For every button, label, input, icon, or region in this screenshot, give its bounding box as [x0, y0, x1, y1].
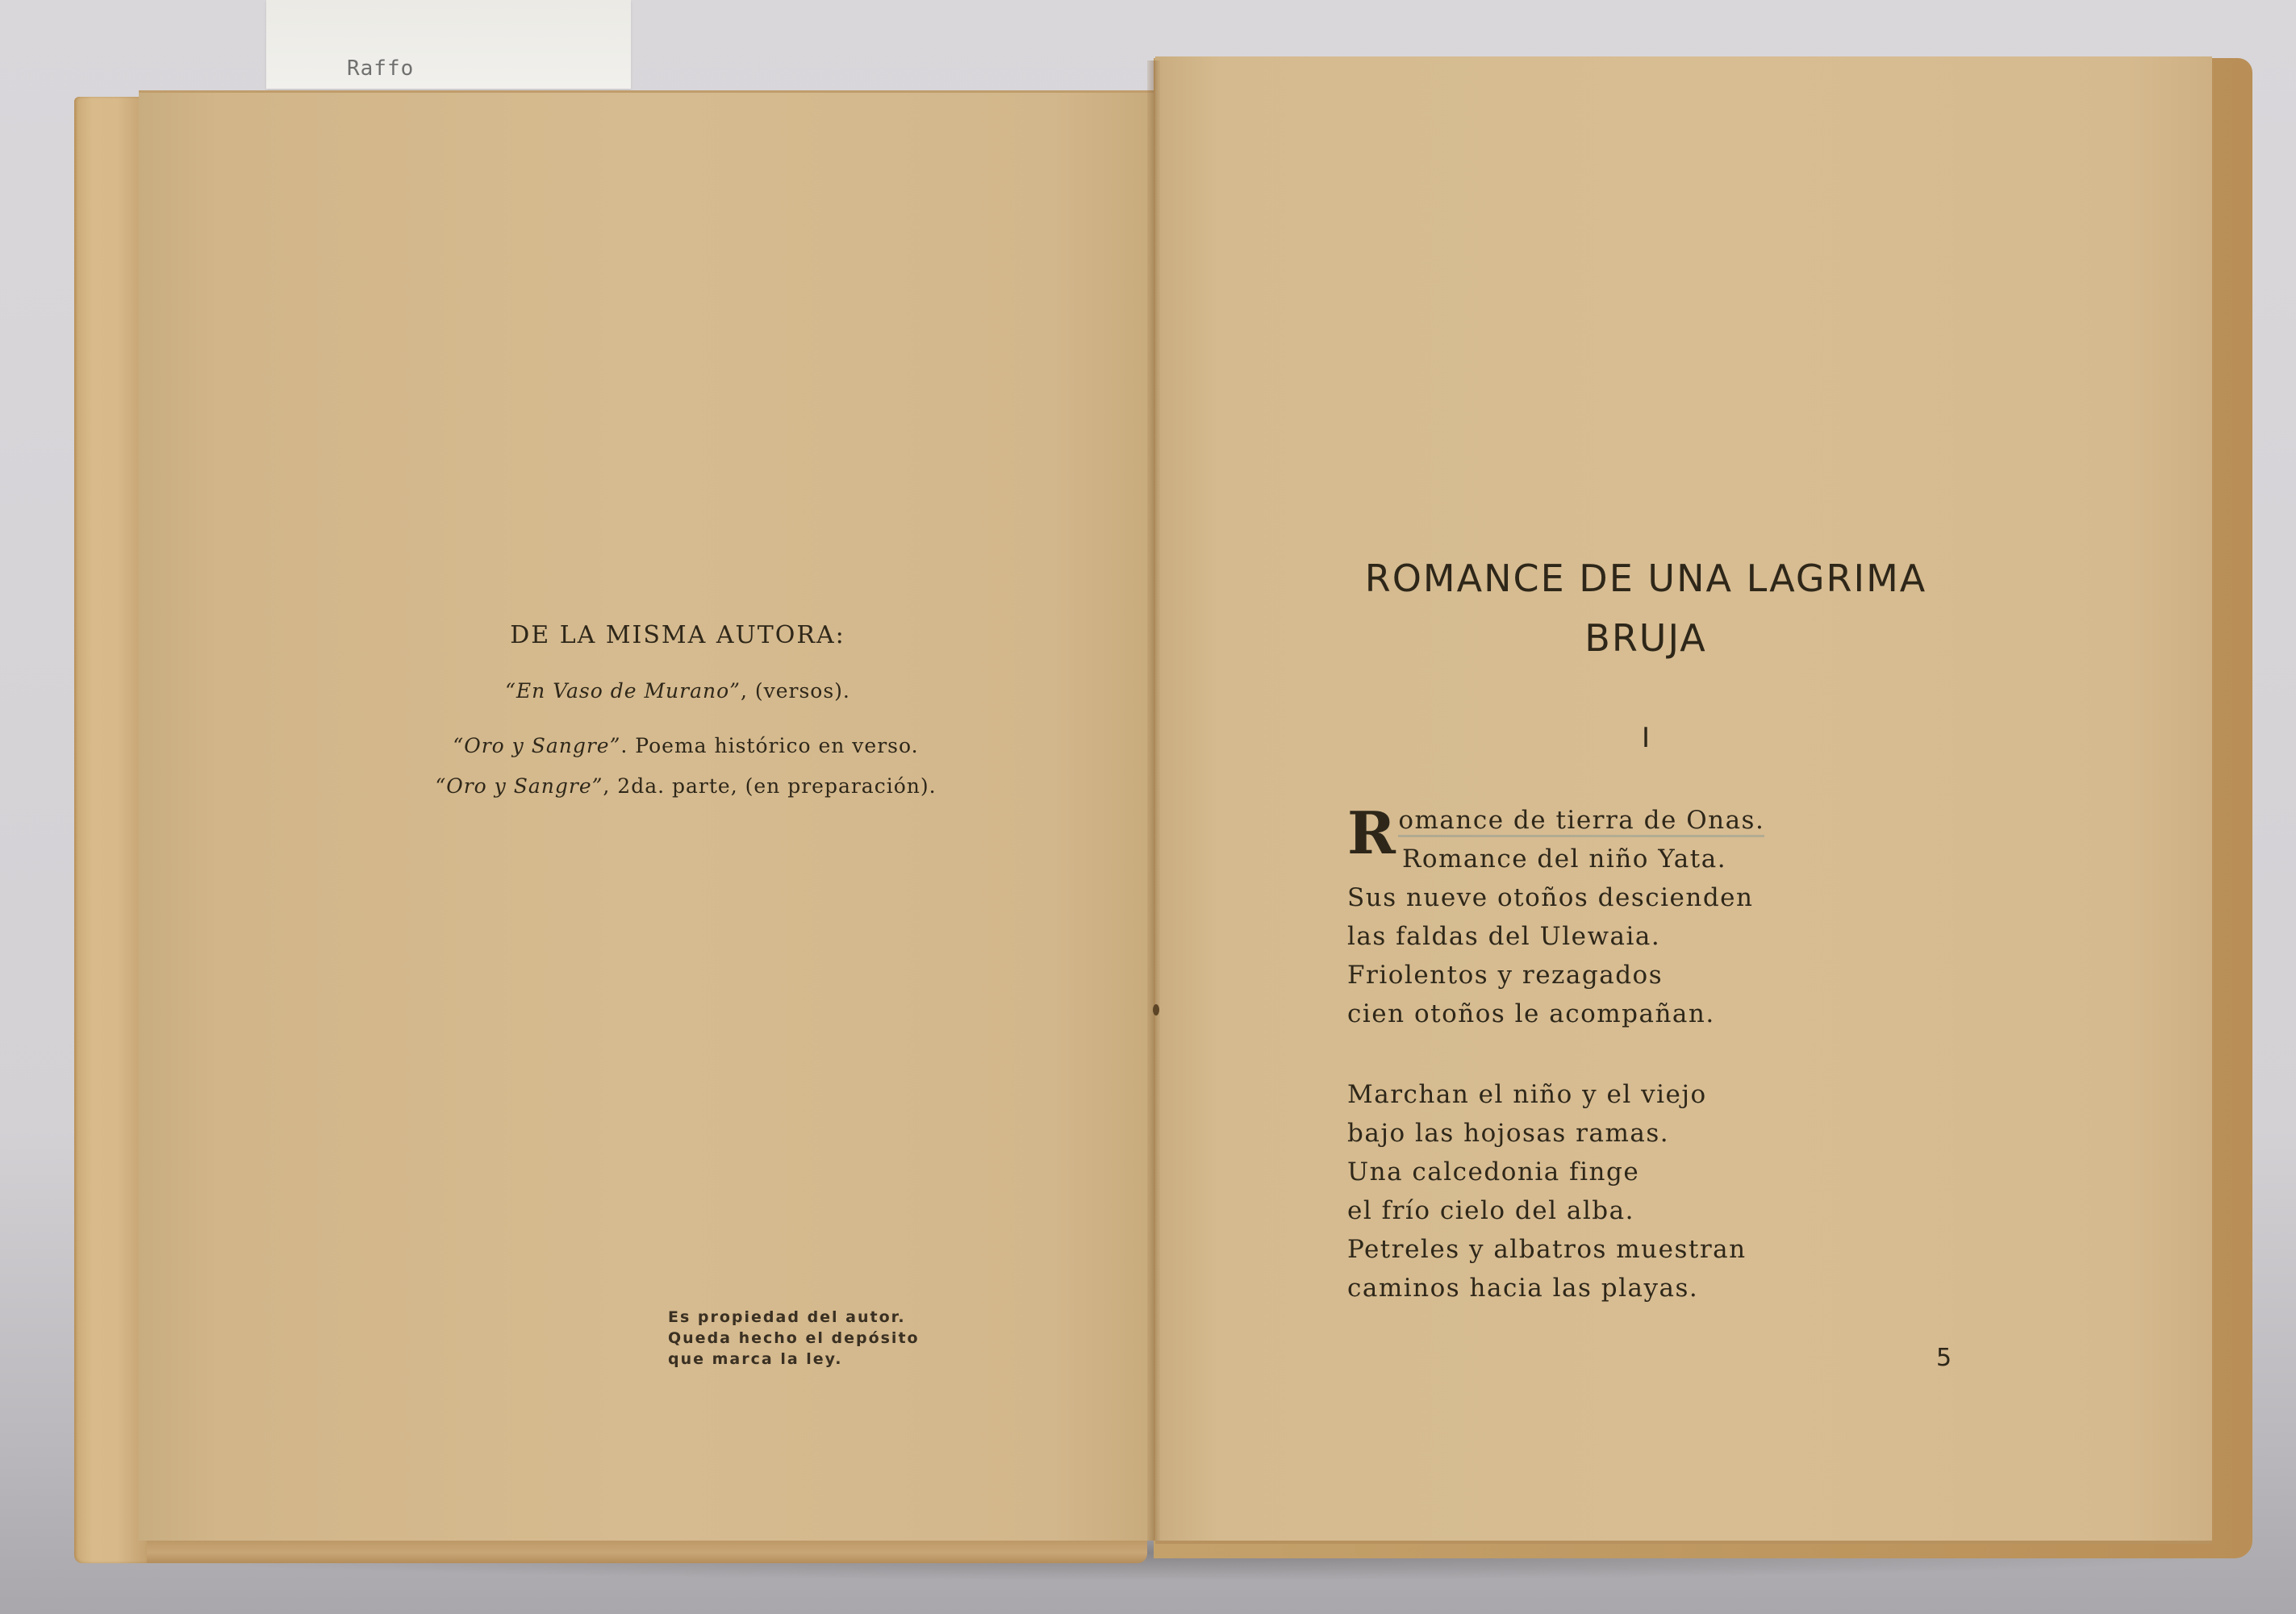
poem-title: ROMANCE DE UNA LAGRIMA BRUJA: [1307, 548, 1985, 668]
work-title: “En Vaso de Murano”: [505, 679, 741, 703]
poem-body: Romance de tierra de Onas. Romance del n…: [1347, 801, 1928, 1307]
poem-line: Una calcedonia finge: [1347, 1153, 1928, 1191]
work-item: “Oro y Sangre”, 2da. parte, (en preparac…: [411, 774, 960, 798]
left-page[interactable]: [139, 90, 1154, 1541]
poem-line: Romance de tierra de Onas.: [1347, 801, 1928, 840]
work-note: . Poema histórico en verso.: [620, 734, 918, 757]
left-cover-edge: [74, 97, 147, 1563]
slip-label: Raffo: [347, 56, 414, 81]
poem-line: el frío cielo del alba.: [1347, 1191, 1928, 1230]
poem-title-line: BRUJA: [1307, 608, 1985, 668]
right-page[interactable]: [1155, 56, 2212, 1544]
poem-line: Friolentos y rezagados: [1347, 956, 1928, 995]
work-item: “En Vaso de Murano”, (versos).: [436, 679, 920, 703]
poem-line: Sus nueve otoños descienden: [1347, 878, 1928, 917]
poem-line: Petreles y albatros muestran: [1347, 1230, 1928, 1269]
section-numeral: I: [1613, 722, 1678, 754]
copyright-line: Es propiedad del autor.: [668, 1307, 942, 1328]
poem-line: caminos hacia las playas.: [1347, 1269, 1928, 1307]
stanza-2: Marchan el niño y el viejo bajo las hojo…: [1347, 1075, 1928, 1307]
poem-line: Romance del niño Yata.: [1347, 840, 1928, 878]
copyright-line: que marca la ley.: [668, 1349, 942, 1370]
copyright-notice: Es propiedad del autor. Queda hecho el d…: [668, 1307, 942, 1370]
work-title: “Oro y Sangre”: [435, 774, 603, 798]
drop-cap: R: [1347, 809, 1396, 857]
stanza-1: Romance de tierra de Onas. Romance del n…: [1347, 801, 1928, 1033]
work-item: “Oro y Sangre”. Poema histórico en verso…: [420, 734, 952, 757]
work-title: “Oro y Sangre”: [453, 734, 620, 757]
stanza-gap: [1347, 1033, 1928, 1075]
binding-thread-mark: [1153, 1004, 1159, 1016]
poem-line: cien otoños le acompañan.: [1347, 995, 1928, 1033]
poem-line: Marchan el niño y el viejo: [1347, 1075, 1928, 1114]
poem-line: bajo las hojosas ramas.: [1347, 1114, 1928, 1153]
poem-line-text: omance de tierra de Onas.: [1398, 806, 1764, 837]
works-heading: DE LA MISMA AUTORA:: [452, 621, 904, 649]
book-gutter: [1147, 60, 1160, 1541]
work-note: , (versos).: [741, 679, 850, 703]
copyright-line: Queda hecho el depósito: [668, 1328, 942, 1349]
poem-title-line: ROMANCE DE UNA LAGRIMA: [1307, 548, 1985, 608]
work-note: , 2da. parte, (en preparación).: [603, 774, 936, 798]
poem-line: las faldas del Ulewaia.: [1347, 917, 1928, 956]
catalog-slip: [266, 0, 631, 89]
page-number: 5: [1936, 1344, 1952, 1372]
